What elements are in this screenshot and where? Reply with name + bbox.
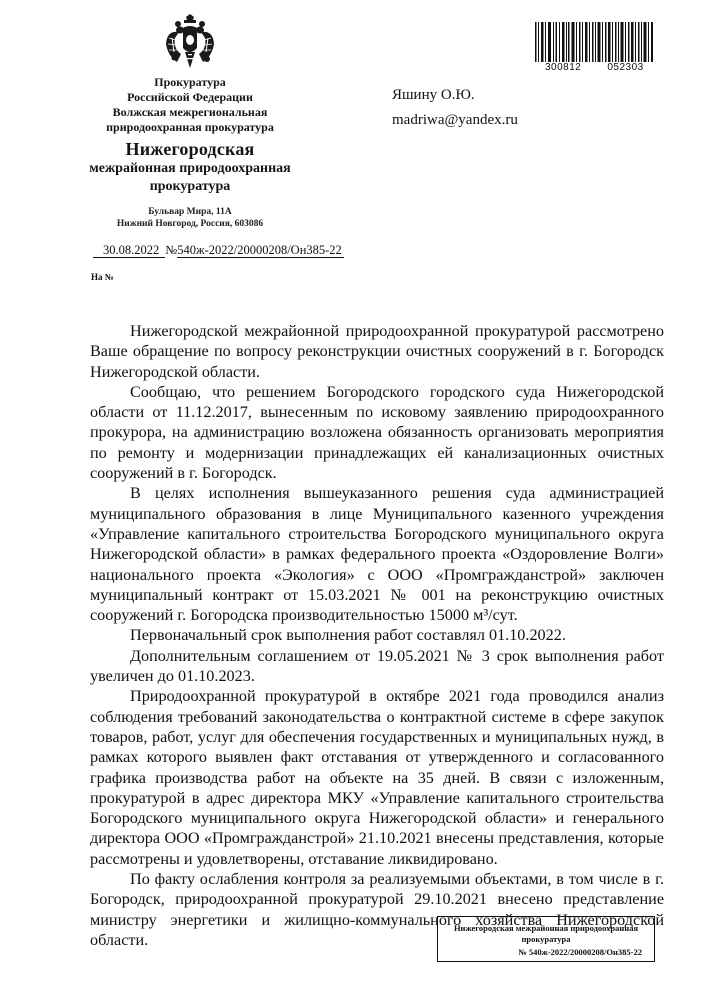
body-paragraph: Первоначальный срок выполнения работ сос… xyxy=(90,625,664,645)
registration-date: 30.08.2022 xyxy=(93,243,165,258)
letterhead-line: Волжская межрегиональная xyxy=(60,105,320,120)
stamp-number: № 540ж-2022/20000208/Он385-22 xyxy=(438,947,654,958)
letterhead-subtitle: межрайонная природоохранная прокуратура xyxy=(60,160,320,196)
registration-stamp: Нижегородская межрайонная природоохранна… xyxy=(437,916,655,962)
body-paragraph: Сообщаю, что решением Богородского город… xyxy=(90,382,664,483)
address-line: Нижний Новгород, Россия, 603086 xyxy=(60,218,320,230)
letterhead-subtitle-line: межрайонная природоохранная xyxy=(60,160,320,178)
barcode-digits: 300812052303 xyxy=(545,62,665,73)
recipient-email[interactable]: madriwa@yandex.ru xyxy=(392,112,518,129)
letterhead-line: Российской Федерации xyxy=(60,90,320,105)
barcode-digits-right: 052303 xyxy=(607,62,643,73)
letterhead-address: Бульвар Мира, 11А Нижний Новгород, Росси… xyxy=(60,206,320,230)
russian-coat-of-arms-icon xyxy=(163,14,217,70)
letter-body: Нижегородской межрайонной природоохранно… xyxy=(90,321,664,950)
body-paragraph: В целях исполнения вышеуказанного решени… xyxy=(90,483,664,625)
in-reply-label: На № xyxy=(91,272,114,282)
letterhead-line: природоохранная прокуратура xyxy=(60,120,320,135)
letterhead-title: Нижегородская xyxy=(60,138,320,160)
barcode-icon xyxy=(535,22,655,62)
registration-number: 540ж-2022/20000208/Он385-22 xyxy=(177,243,344,258)
barcode-digits-left: 300812 xyxy=(545,62,581,73)
registration-line: 30.08.2022№540ж-2022/20000208/Он385-22 xyxy=(93,243,344,258)
recipient-name: Яшину О.Ю. xyxy=(392,87,475,104)
body-paragraph: Дополнительным соглашением от 19.05.2021… xyxy=(90,646,664,687)
stamp-line: прокуратура xyxy=(438,934,654,945)
letterhead-org-block: Прокуратура Российской Федерации Волжска… xyxy=(60,75,320,135)
letterhead-line: Прокуратура xyxy=(60,75,320,90)
stamp-line: Нижегородская межрайонная природоохранна… xyxy=(438,923,654,934)
address-line: Бульвар Мира, 11А xyxy=(60,206,320,218)
body-paragraph: Природоохранной прокуратурой в октябре 2… xyxy=(90,686,664,869)
number-sign: № xyxy=(165,243,177,257)
body-paragraph: Нижегородской межрайонной природоохранно… xyxy=(90,321,664,382)
letterhead-subtitle-line: прокуратура xyxy=(60,178,320,196)
